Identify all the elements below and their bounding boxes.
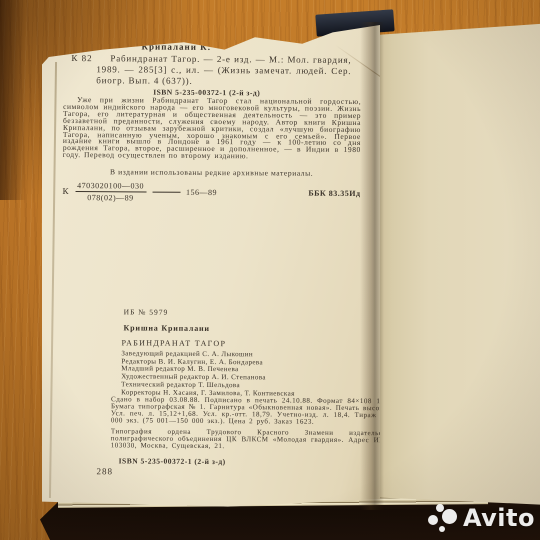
classification-fraction: 4703020100—030 078(02)—89	[75, 181, 146, 202]
bbk-code: ББК 83.35Ид	[308, 188, 360, 197]
catalog-description: Рабиндранат Тагор. — 2-е изд. — М.: Мол.…	[96, 53, 351, 88]
isbn-bottom: ISBN 5-235-00372-1 (2-й з-д)	[119, 456, 226, 466]
annotation-text: Уже при жизни Рабиндранат Тагор стал нац…	[63, 97, 361, 161]
catalog-index-code: К 82	[71, 53, 92, 63]
classification-denominator: 078(02)—89	[75, 192, 146, 202]
classification-numerator: 4703020100—030	[75, 181, 146, 192]
fraction-rule	[152, 191, 180, 192]
classification-formula: К 4703020100—030 078(02)—89 156—89 ББК 8…	[62, 178, 360, 206]
archive-note: В издании использованы редкие архивные м…	[63, 167, 361, 178]
publisher-info: Типография ордена Трудового Красного Зна…	[111, 428, 393, 451]
ib-number: ИБ № 5979	[124, 307, 169, 316]
book-photo: Крипалани К. К 82 Рабиндранат Тагор. — 2…	[0, 0, 540, 540]
avito-logo-icon	[428, 503, 459, 533]
classification-letter: К	[62, 186, 69, 196]
classification-suffix: 156—89	[186, 187, 217, 196]
book-right-blank-page	[372, 18, 540, 512]
avito-watermark: Avito	[428, 503, 535, 533]
avito-watermark-label: Avito	[463, 504, 535, 532]
imprint-author: Кришна Крипалани	[124, 323, 210, 333]
printing-info: Сдано в набор 03.08.88. Подписано в печа…	[111, 396, 393, 426]
imprint-page-text: Крипалани К. К 82 Рабиндранат Тагор. — 2…	[40, 19, 381, 515]
book-gutter-shadow	[360, 22, 384, 510]
page-number: 288	[97, 466, 114, 476]
imprint-title: РАБИНДРАНАТ ТАГОР	[121, 338, 226, 348]
editorial-credits: Заведующий редакцией С. А. Лыкошин Редак…	[121, 350, 361, 398]
book-left-imprint-page: Крипалани К. К 82 Рабиндранат Тагор. — 2…	[42, 20, 380, 514]
